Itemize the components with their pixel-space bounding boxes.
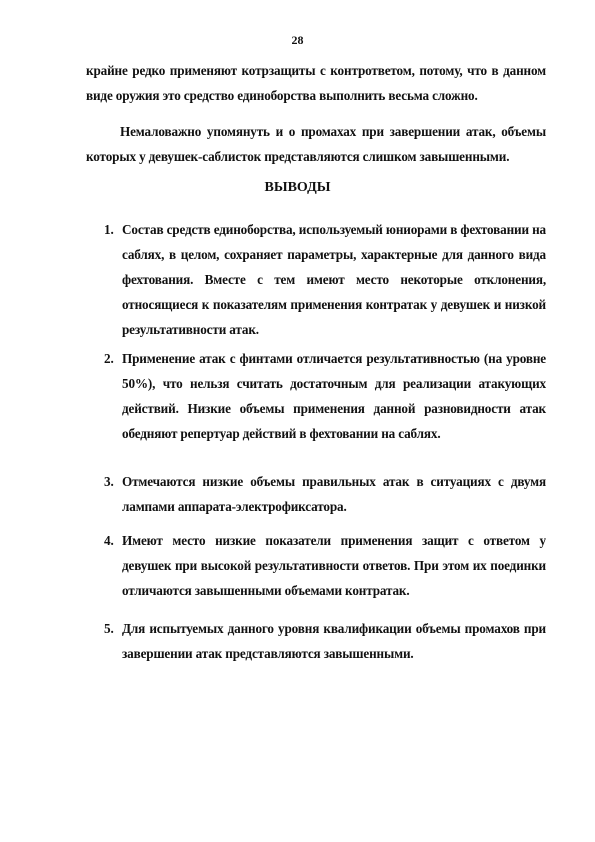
item-number: 2. <box>104 346 114 371</box>
conclusion-item: 4. Имеют место низкие показатели примене… <box>100 528 546 603</box>
item-text: Применение атак с финтами отличается рез… <box>122 351 546 441</box>
conclusion-item: 3. Отмечаются низкие объемы правильных а… <box>100 469 546 519</box>
conclusion-item: 5. Для испытуемых данного уровня квалифи… <box>100 616 546 666</box>
conclusion-item: 1. Состав средств единоборства, использу… <box>100 217 546 342</box>
item-text: Отмечаются низкие объемы правильных атак… <box>122 474 546 514</box>
item-number: 4. <box>104 528 114 553</box>
item-number: 5. <box>104 616 114 641</box>
item-text: Состав средств единоборства, используемы… <box>122 222 546 337</box>
item-number: 3. <box>104 469 114 494</box>
page-number: 28 <box>0 33 595 48</box>
paragraph-continuation: крайне редко применяют котрзащиты с конт… <box>86 58 546 108</box>
section-heading: ВЫВОДЫ <box>0 180 595 196</box>
item-text: Имеют место низкие показатели применения… <box>122 533 546 598</box>
paragraph-misses: Немаловажно упомянуть и о промахах при з… <box>86 119 546 169</box>
conclusion-item: 2. Применение атак с финтами отличается … <box>100 346 546 446</box>
item-text: Для испытуемых данного уровня квалификац… <box>122 621 546 661</box>
item-number: 1. <box>104 217 114 242</box>
